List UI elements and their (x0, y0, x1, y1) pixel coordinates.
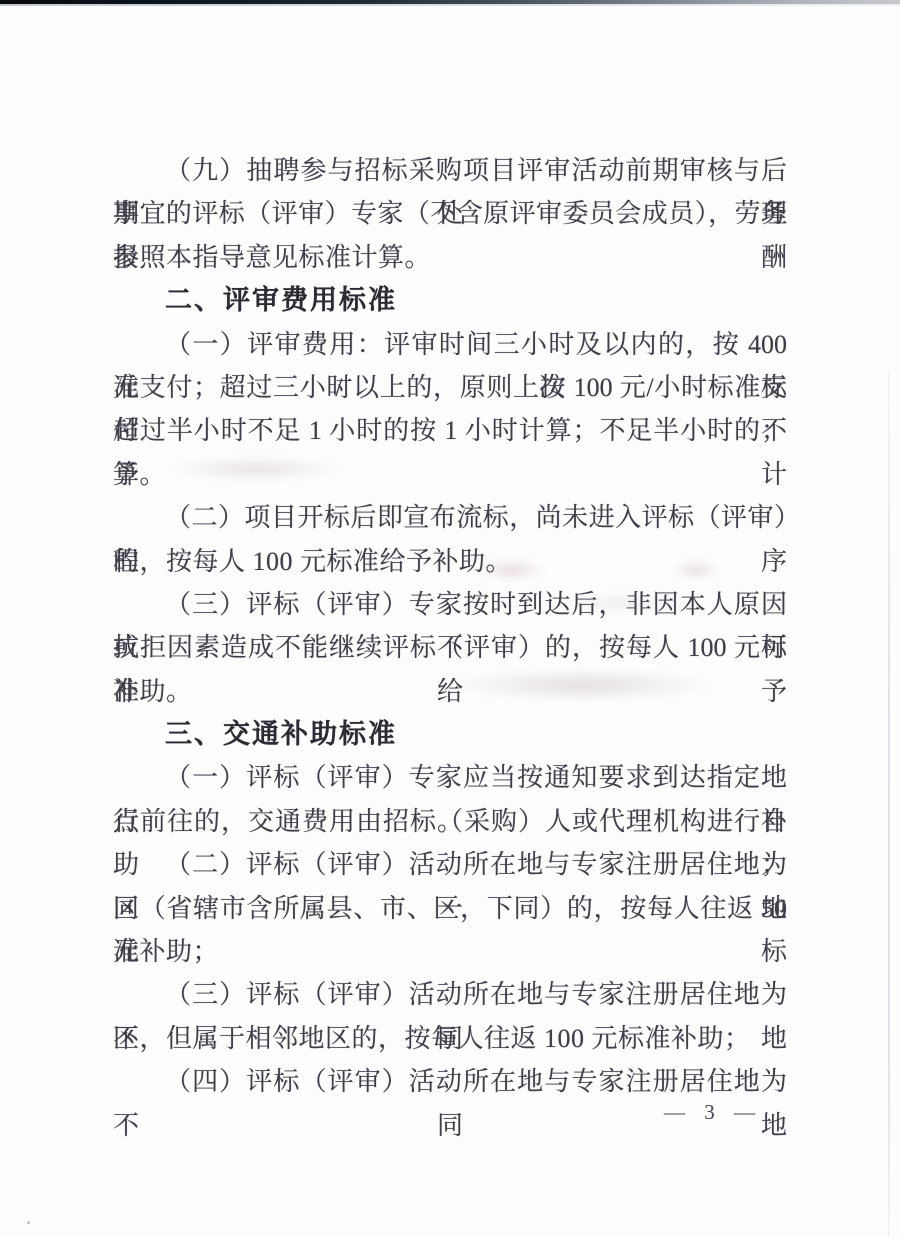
section-heading: 二、评审费用标准 (113, 279, 787, 322)
text-line: （一）评审费用：评审时间三小时及以内的，按 400 元/次标 (113, 323, 787, 366)
text-line: 事宜的评标（评审）专家（不含原评审委员会成员），劳务报酬 (113, 192, 787, 235)
text-line: 区，但属于相邻地区的，按每人往返 100 元标准补助； (113, 1017, 787, 1060)
document-text-block: （九）抽聘参与招标采购项目评审活动前期审核与后期处理事宜的评标（评审）专家（不含… (113, 149, 787, 1104)
text-line: 准支付；超过三小时以上的，原则上按 100 元/小时标准支付； (113, 366, 787, 409)
text-line: （二）评标（评审）活动所在地与专家注册居住地为同一地 (113, 843, 787, 886)
text-line: （四）评标（评审）活动所在地与专家注册居住地为不同地 (113, 1060, 787, 1103)
scan-right-edge-line (888, 370, 890, 1237)
page-number: — 3 — (664, 1100, 762, 1125)
text-line: （二）项目开标后即宣布流标，尚未进入评标（评审）程序 (113, 496, 787, 539)
section-heading: 三、交通补助标准 (113, 713, 787, 756)
text-line: （九）抽聘参与招标采购项目评审活动前期审核与后期处理 (113, 149, 787, 192)
text-line: （三）评标（评审）活动所在地与专家注册居住地为不同地 (113, 973, 787, 1016)
text-line: （一）评标（评审）专家应当按通知要求到达指定地点。自 (113, 756, 787, 799)
text-line: 区（省辖市含所属县、市、区，下同）的，按每人往返 50 元标 (113, 887, 787, 930)
text-line: 超过半小时不足 1 小时的按 1 小时计算；不足半小时的不予计 (113, 409, 787, 452)
scanner-edge-shadow (0, 4, 900, 6)
document-page: （九）抽聘参与招标采购项目评审活动前期审核与后期处理事宜的评标（评审）专家（不含… (0, 0, 900, 1237)
text-line: 行前往的，交通费用由招标（采购）人或代理机构进行补助； (113, 800, 787, 843)
text-line: 抗拒因素造成不能继续评标（评审）的，按每人 100 元标准给予 (113, 626, 787, 669)
text-line: （三）评标（评审）专家按时到达后，非因本人原因或不可 (113, 583, 787, 626)
scan-speck (27, 1221, 30, 1224)
